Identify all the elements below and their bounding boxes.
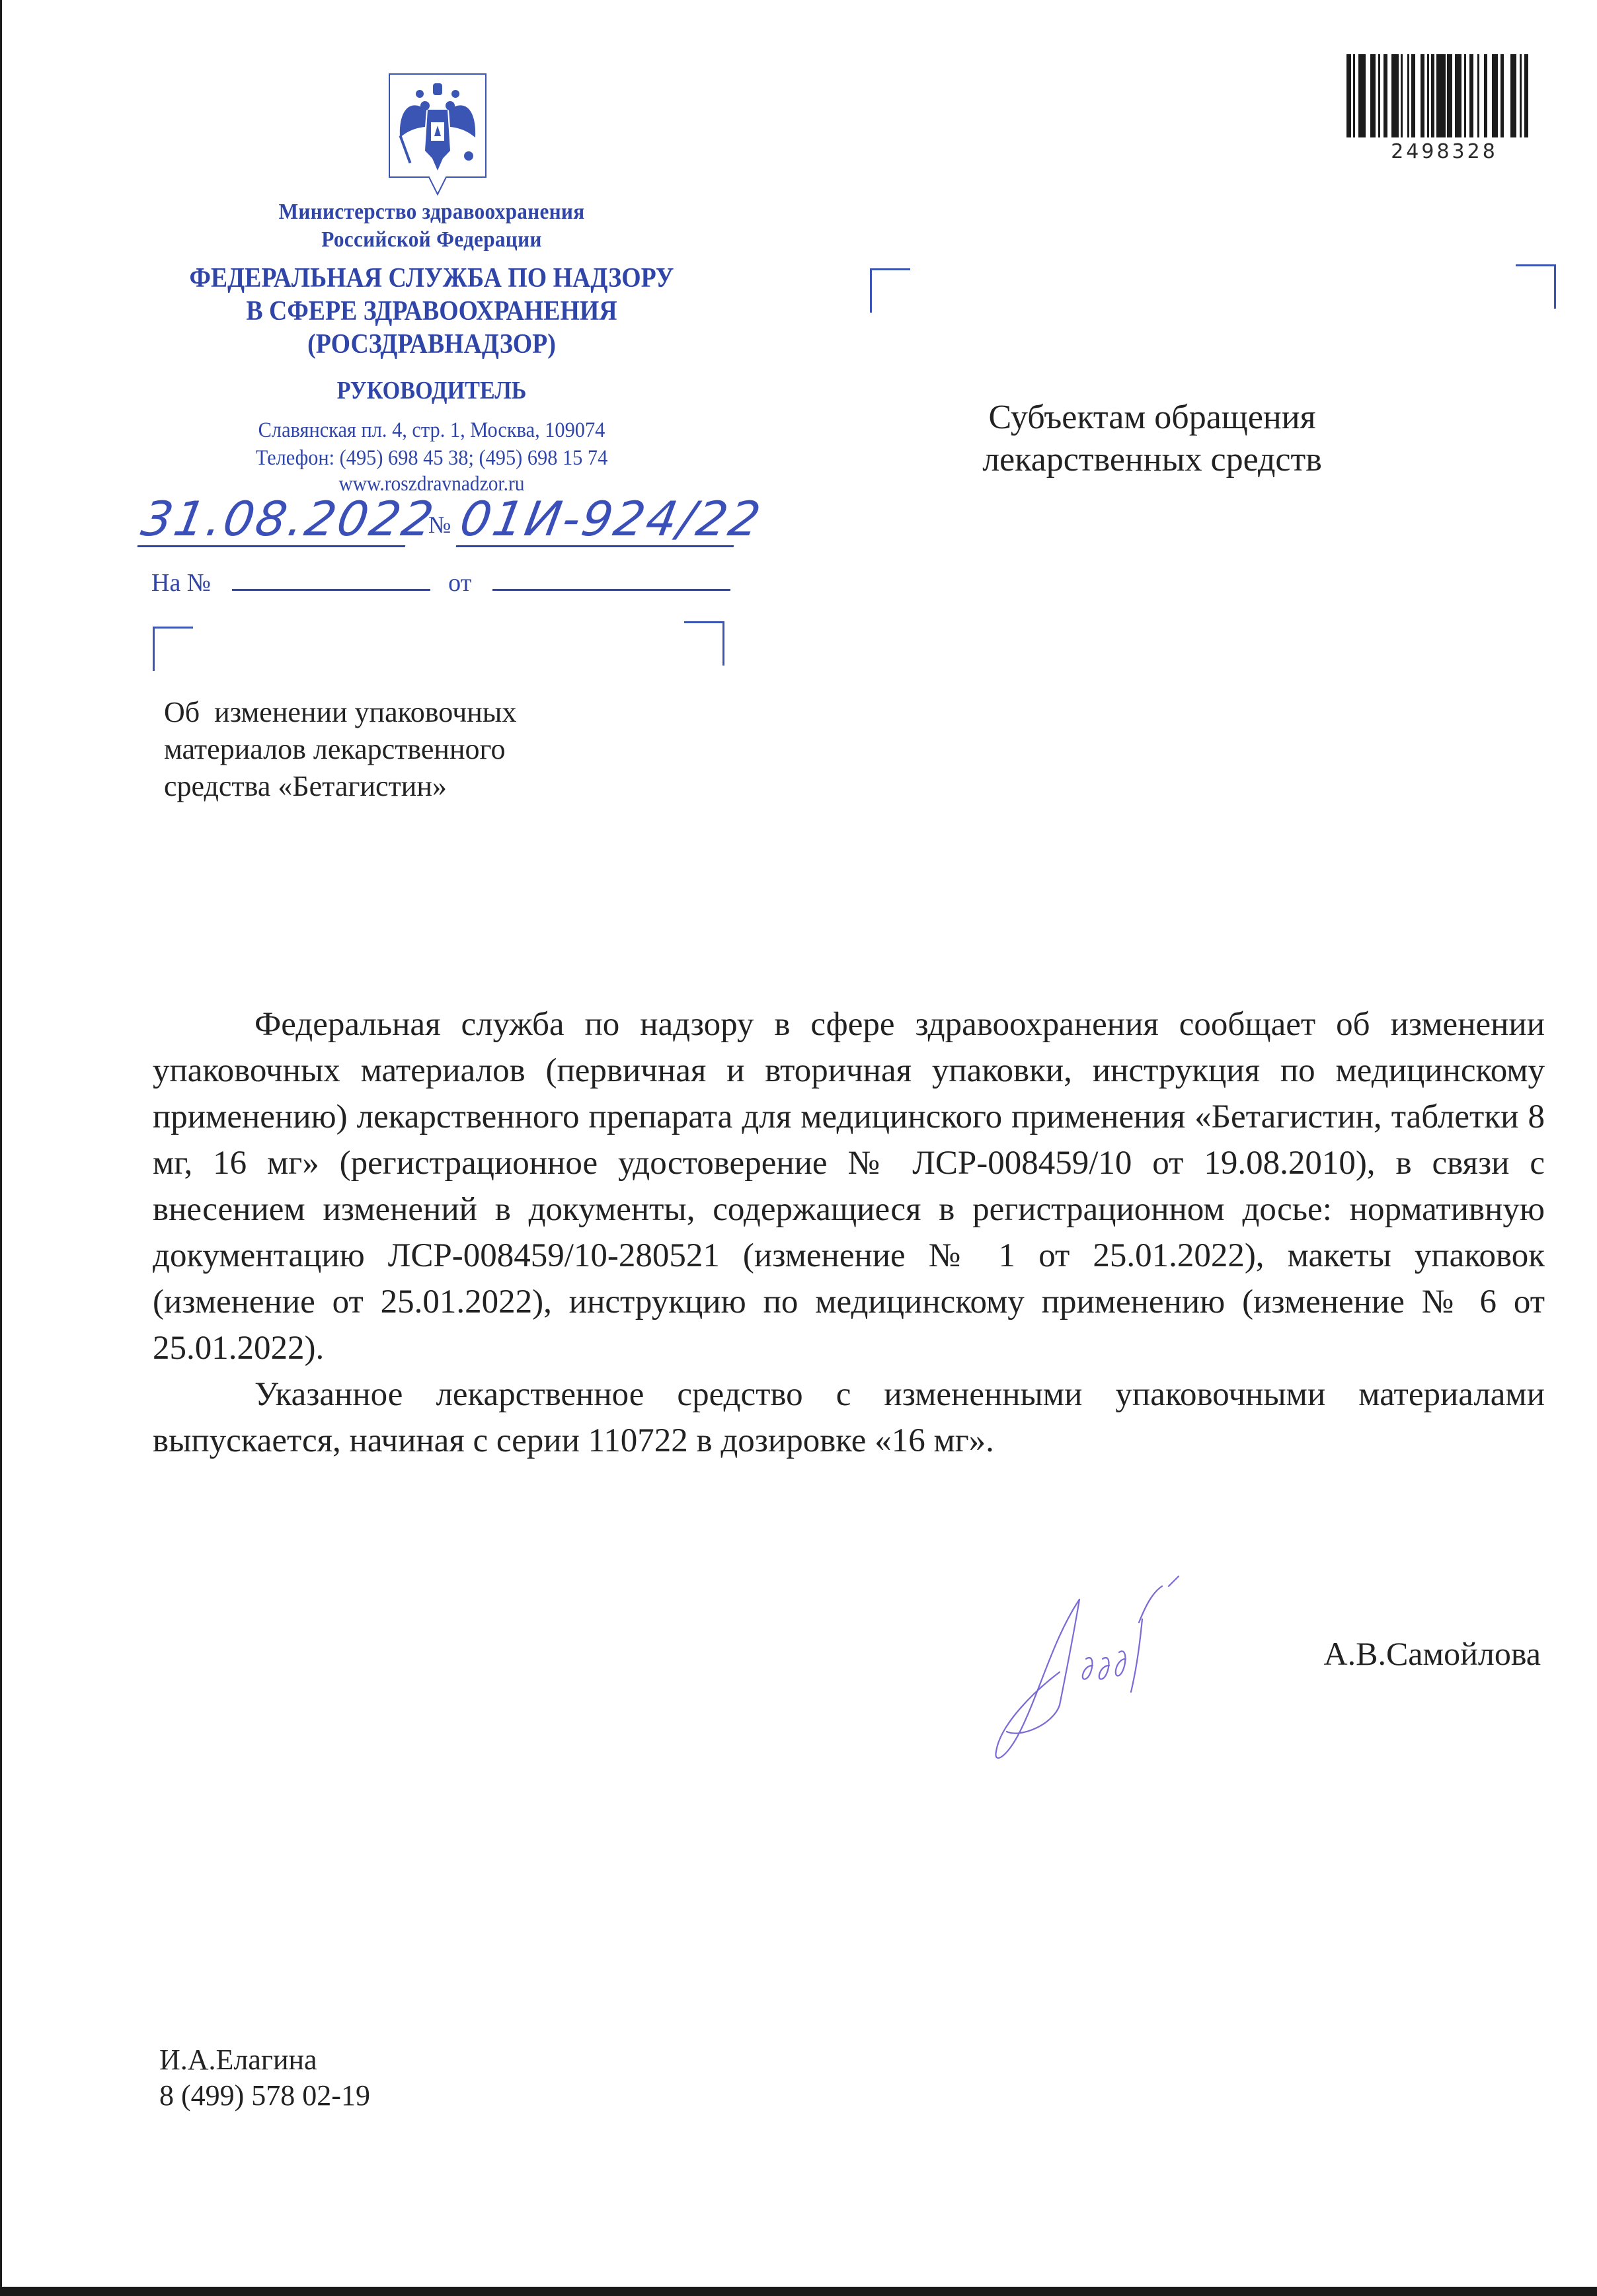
- executor-info: И.А.Елагина 8 (499) 578 02-19: [159, 2042, 370, 2114]
- recipient-line1: Субъектам обращения: [861, 397, 1443, 439]
- reply-number-blank: [232, 569, 430, 591]
- recipient-line2: лекарственных средств: [861, 439, 1443, 481]
- recipient: Субъектам обращения лекарственных средст…: [861, 397, 1443, 481]
- service-name-line2: В СФЕРЕ ЗДРАВООХРАНЕНИЯ: [164, 295, 699, 328]
- signer-name: А.В.Самойлова: [1324, 1634, 1541, 1673]
- number-label: №: [428, 511, 451, 539]
- reply-from-label: от: [448, 569, 471, 597]
- address: Славянская пл. 4, стр. 1, Москва, 109074: [158, 416, 705, 444]
- body-paragraph-2: Указанное лекарственное средство с измен…: [153, 1371, 1545, 1464]
- recipient-bracket-right: [1516, 264, 1556, 309]
- registration-number: 01И-924/22: [456, 492, 744, 547]
- letterhead: Министерство здравоохранения Российской …: [134, 198, 729, 494]
- letter-subject: Об изменении упаковочных материалов лека…: [164, 694, 627, 805]
- signature-block: А.В.Самойлова: [980, 1560, 1549, 1778]
- letter-page: 2498328 Министерство здравоохран: [0, 0, 1597, 2296]
- subject-line2: материалов лекарственного: [164, 731, 627, 768]
- service-name-line3: (РОСЗДРАВНАДЗОР): [164, 328, 699, 361]
- subject-bracket-right: [684, 621, 724, 666]
- body-paragraph-1: Федеральная служба по надзору в сфере зд…: [153, 1001, 1545, 1371]
- reply-date-blank: [492, 569, 730, 591]
- reply-to-label: На №: [151, 569, 211, 597]
- phone-numbers: Телефон: (495) 698 45 38; (495) 698 15 7…: [158, 444, 705, 472]
- ministry-name-line1: Министерство здравоохранения: [158, 198, 705, 226]
- subject-line1: Об изменении упаковочных: [164, 694, 627, 731]
- executor-name: И.А.Елагина: [159, 2042, 370, 2078]
- executor-phone: 8 (499) 578 02-19: [159, 2078, 370, 2114]
- barcode-number: 2498328: [1345, 140, 1543, 163]
- subject-line3: средства «Бетагистин»: [164, 768, 627, 805]
- russian-coat-of-arms-icon: [387, 71, 488, 197]
- subject-bracket-left: [153, 627, 193, 671]
- ministry-name-line2: Российской Федерации: [158, 226, 705, 254]
- handwritten-signature-icon: [980, 1560, 1284, 1771]
- service-name-line1: ФЕДЕРАЛЬНАЯ СЛУЖБА ПО НАДЗОРУ: [164, 262, 699, 295]
- letter-body: Федеральная служба по надзору в сфере зд…: [153, 1001, 1545, 1464]
- barcode: 2498328: [1345, 54, 1543, 161]
- recipient-bracket-left: [870, 268, 910, 313]
- barcode-icon: [1345, 54, 1543, 137]
- reply-reference-line: На № от: [151, 568, 730, 597]
- registration-date: 31.08.2022: [137, 492, 415, 547]
- registration-line: 31.08.2022 № 01И-924/22: [142, 492, 757, 552]
- position-title: РУКОВОДИТЕЛЬ: [164, 375, 699, 406]
